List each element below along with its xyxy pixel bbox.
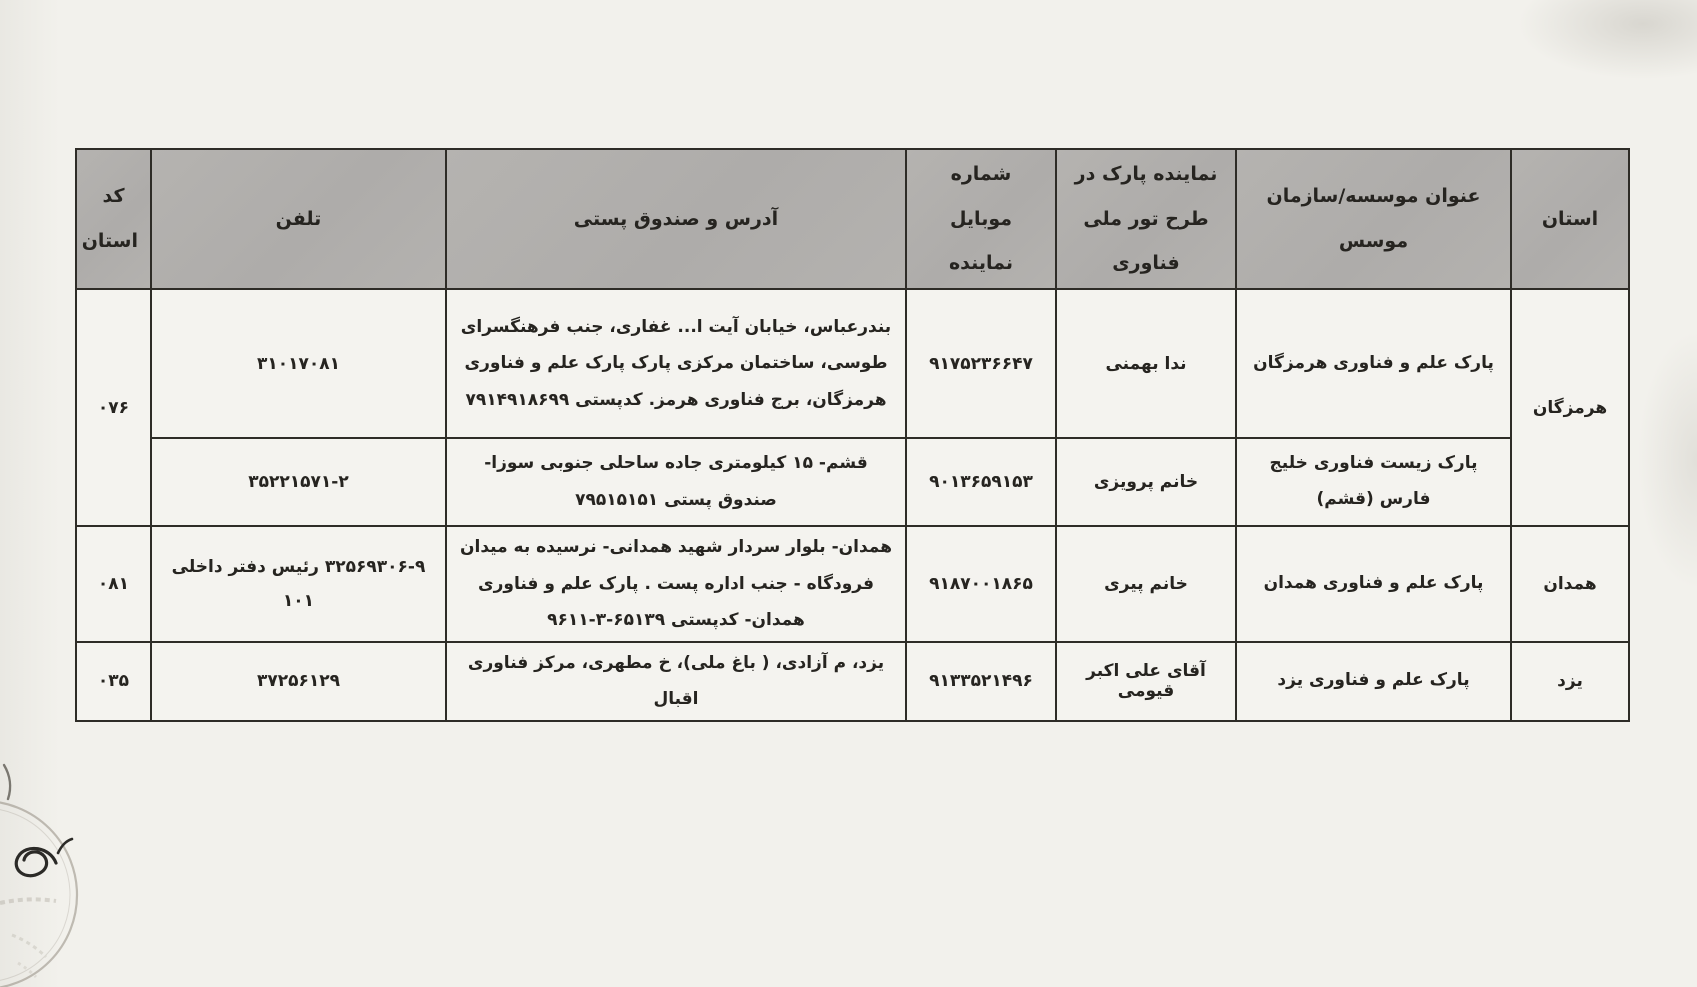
scan-smudge-right-edge [1637, 330, 1697, 590]
scanned-document-page: { "page": { "paper_color": "#f2f1ec", "h… [0, 0, 1697, 987]
cell-address: قشم- ۱۵ کیلومتری جاده ساحلی جنوبی سوزا- … [446, 438, 906, 526]
cell-representative: آقای علی اکبر قیومی [1056, 642, 1236, 721]
table-row: همدان پارک علم و فناوری همدان خانم پیری … [76, 526, 1629, 642]
header-row: استان عنوان موسسه/سازمان موسس نماینده پا… [76, 149, 1629, 289]
cell-province-code: ۰۸۱ [76, 526, 151, 642]
cell-address: بندرعباس، خیابان آیت ا... غفاری، جنب فره… [446, 289, 906, 438]
header-cell-province-code: کد استان [76, 149, 151, 289]
cell-phone: ۳۲۵۶۹۳۰۶-۹ رئیس دفتر داخلی ۱۰۱ [151, 526, 446, 642]
table-row: پارک زیست فناوری خلیج فارس (قشم) خانم پر… [76, 438, 1629, 526]
scan-smudge-top-right [1517, 0, 1697, 80]
table-row: هرمزگان پارک علم و فناوری هرمزگان ندا به… [76, 289, 1629, 438]
cell-mobile: ۹۱۷۵۲۳۶۶۴۷ [906, 289, 1056, 438]
header-cell-mobile: شماره موبایل نماینده [906, 149, 1056, 289]
header-cell-phone: تلفن [151, 149, 446, 289]
cell-organization: پارک علم و فناوری یزد [1236, 642, 1511, 721]
cell-representative: خانم پرویزی [1056, 438, 1236, 526]
cell-province: همدان [1511, 526, 1629, 642]
cell-mobile: ۹۱۳۳۵۲۱۴۹۶ [906, 642, 1056, 721]
cell-province-code: ۰۷۶ [76, 289, 151, 526]
cell-representative: خانم پیری [1056, 526, 1236, 642]
circular-stamp-icon [0, 735, 112, 987]
header-cell-province: استان [1511, 149, 1629, 289]
cell-phone: ۳۷۲۵۶۱۲۹ [151, 642, 446, 721]
cell-phone: ۳۵۲۲۱۵۷۱-۲ [151, 438, 446, 526]
scan-edge-shading [0, 0, 60, 987]
cell-representative: ندا بهمنی [1056, 289, 1236, 438]
header-cell-organization: عنوان موسسه/سازمان موسس [1236, 149, 1511, 289]
cell-province-code: ۰۳۵ [76, 642, 151, 721]
cell-organization: پارک علم و فناوری همدان [1236, 526, 1511, 642]
cell-organization: پارک زیست فناوری خلیج فارس (قشم) [1236, 438, 1511, 526]
table-row: یزد پارک علم و فناوری یزد آقای علی اکبر … [76, 642, 1629, 721]
header-cell-representative: نماینده پارک در طرح تور ملی فناوری [1056, 149, 1236, 289]
cell-phone: ۳۱۰۱۷۰۸۱ [151, 289, 446, 438]
cell-address: یزد، م آزادی، ( باغ ملی)، خ مطهری، مرکز … [446, 642, 906, 721]
cell-province: هرمزگان [1511, 289, 1629, 526]
header-cell-address: آدرس و صندوق پستی [446, 149, 906, 289]
cell-address: همدان- بلوار سردار شهید همدانی- نرسیده ب… [446, 526, 906, 642]
cell-province: یزد [1511, 642, 1629, 721]
cell-mobile: ۹۱۸۷۰۰۱۸۶۵ [906, 526, 1056, 642]
cell-mobile: ۹۰۱۳۶۵۹۱۵۳ [906, 438, 1056, 526]
technology-parks-contact-table: استان عنوان موسسه/سازمان موسس نماینده پا… [75, 148, 1630, 722]
cell-organization: پارک علم و فناوری هرمزگان [1236, 289, 1511, 438]
